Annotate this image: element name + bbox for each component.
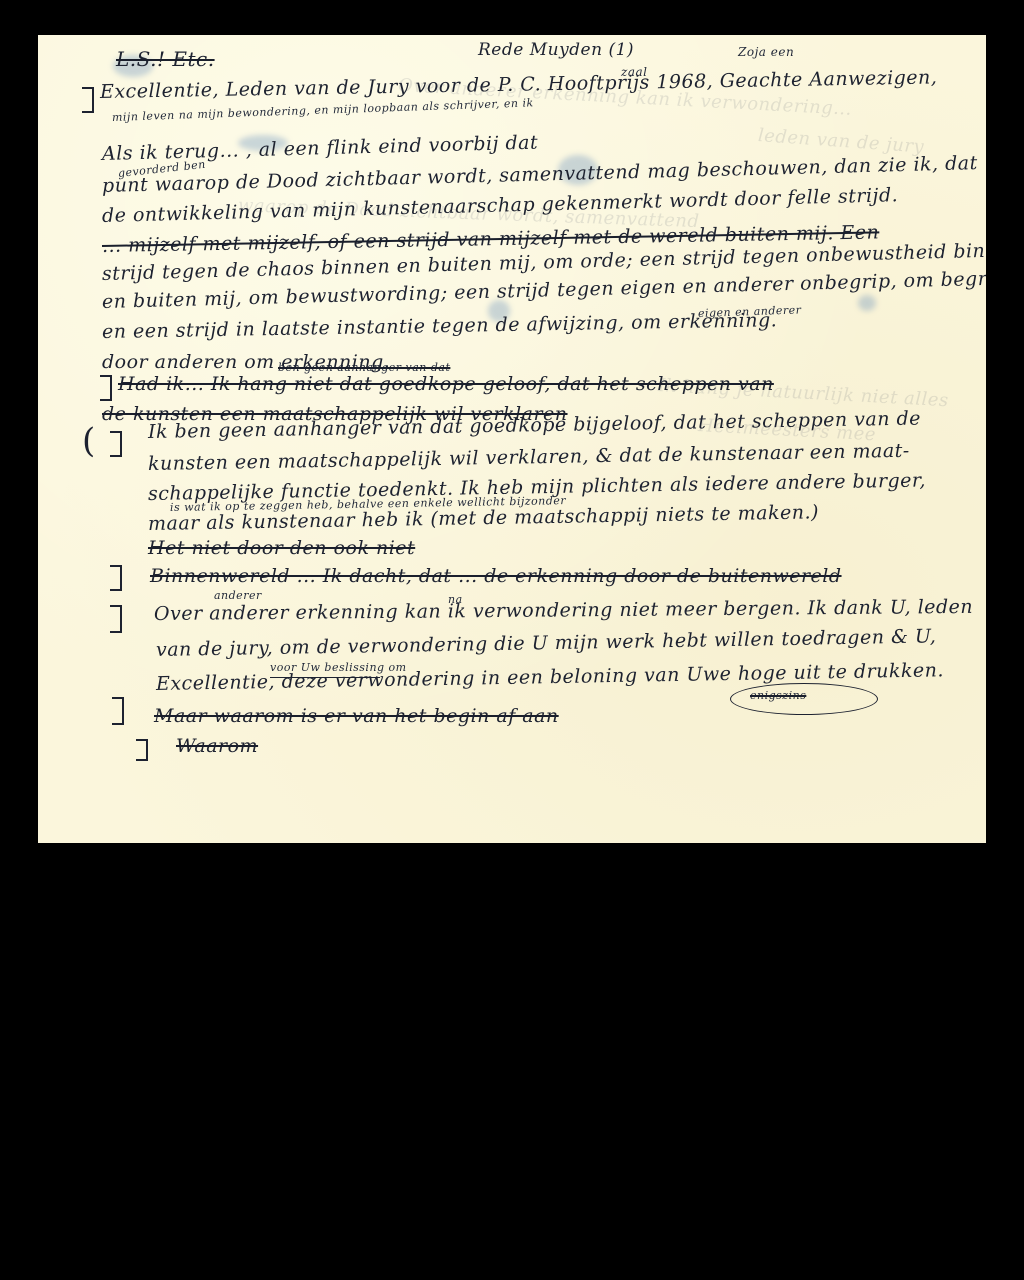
margin-bracket [82,87,94,113]
margin-bracket [110,565,122,591]
text-line-struck: Het niet door den ook niet [148,537,415,559]
text-line: Over anderer erkenning kan ik verwonderi… [154,596,973,625]
text-line-struck: Waarom [176,735,258,757]
margin-note: Zoja een [738,45,794,59]
show-through-text: leden van de jury [757,125,925,158]
text-insert: anderer [214,589,262,602]
text-line: van de jury, om de verwondering die U mi… [156,625,937,661]
text-line: kunsten een maatschappelijk wil verklare… [148,440,910,475]
text-line: en een strijd in laatste instantie tegen… [102,309,778,343]
margin-parenthesis: ( [82,421,95,461]
salutation-struck: L.S.! Etc. [116,47,215,71]
manuscript-page: Over anderer erkenning kan ik verwonderi… [38,35,986,843]
ink-stain [858,295,876,311]
text-line-struck: Binnenwereld ... Ik dacht, dat ... de er… [150,565,842,587]
margin-bracket [100,375,112,401]
text-line-struck: Had ik... Ik hang niet dat goedkope gelo… [118,373,774,395]
circled-struck-text: enigszins [750,689,806,702]
margin-bracket [112,697,124,725]
margin-bracket [110,605,122,633]
margin-bracket [110,431,122,457]
text-line-struck: Maar waarom is er van het begin af aan [154,705,559,727]
margin-bracket [136,739,148,761]
manuscript-title: Rede Muyden (1) [478,40,634,60]
